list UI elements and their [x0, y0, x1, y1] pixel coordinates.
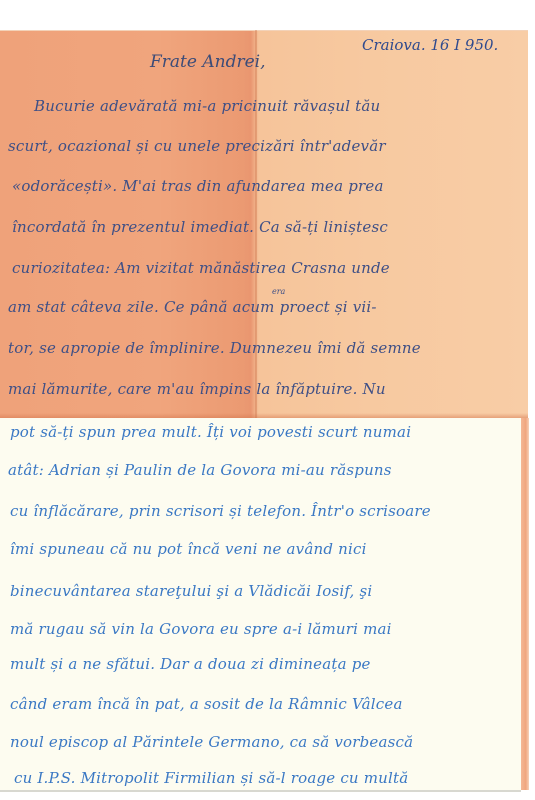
letter-line: cu I.P.S. Mitropolit Firmilian și să-l r… — [14, 769, 535, 787]
letter-line: mai lămurite, care m'au împins la înfăpt… — [8, 380, 535, 398]
letter-line: încordată în prezentul imediat. Ca să-ți… — [12, 218, 535, 236]
letter-line: atât: Adrian și Paulin de la Govora mi-a… — [8, 461, 535, 479]
letter-line: Bucurie adevărată mi-a pricinuit răvașul… — [34, 97, 535, 115]
letter-date: Craiova. 16 I 950. — [362, 36, 498, 54]
letter-line: cu înflăcărare, prin scrisori și telefon… — [10, 502, 535, 520]
letter-line: când eram încă în pat, a sosit de la Râm… — [10, 695, 535, 713]
letter-line: scurt, ocazional și cu unele precizări î… — [8, 137, 535, 155]
letter-line: noul episcop al Părintele Germano, ca să… — [10, 733, 535, 751]
letter-salutation: Frate Andrei, — [150, 52, 266, 72]
letter-line: curiozitatea: Am vizitat mănăstirea Cras… — [12, 259, 535, 277]
letter-line: îmi spuneau că nu pot încă veni ne având… — [10, 540, 535, 558]
interlinear-insertion: era — [272, 287, 285, 296]
letter-line: mult și a ne sfătui. Dar a doua zi dimin… — [10, 655, 535, 673]
letter-line: pot să-ți spun prea mult. Îți voi povest… — [10, 423, 535, 441]
letter-line: mă rugau să vin la Govora eu spre a-i lă… — [10, 620, 535, 638]
letter-line: am stat câteva zile. Ce până acum proect… — [8, 298, 535, 316]
letter-line: «odorăcești». M'ai tras din afundarea me… — [12, 177, 535, 195]
letter-line: tor, se apropie de împlinire. Dumnezeu î… — [8, 339, 535, 357]
letter-line: binecuvântarea stareţului şi a Vlădicăi … — [10, 582, 535, 600]
